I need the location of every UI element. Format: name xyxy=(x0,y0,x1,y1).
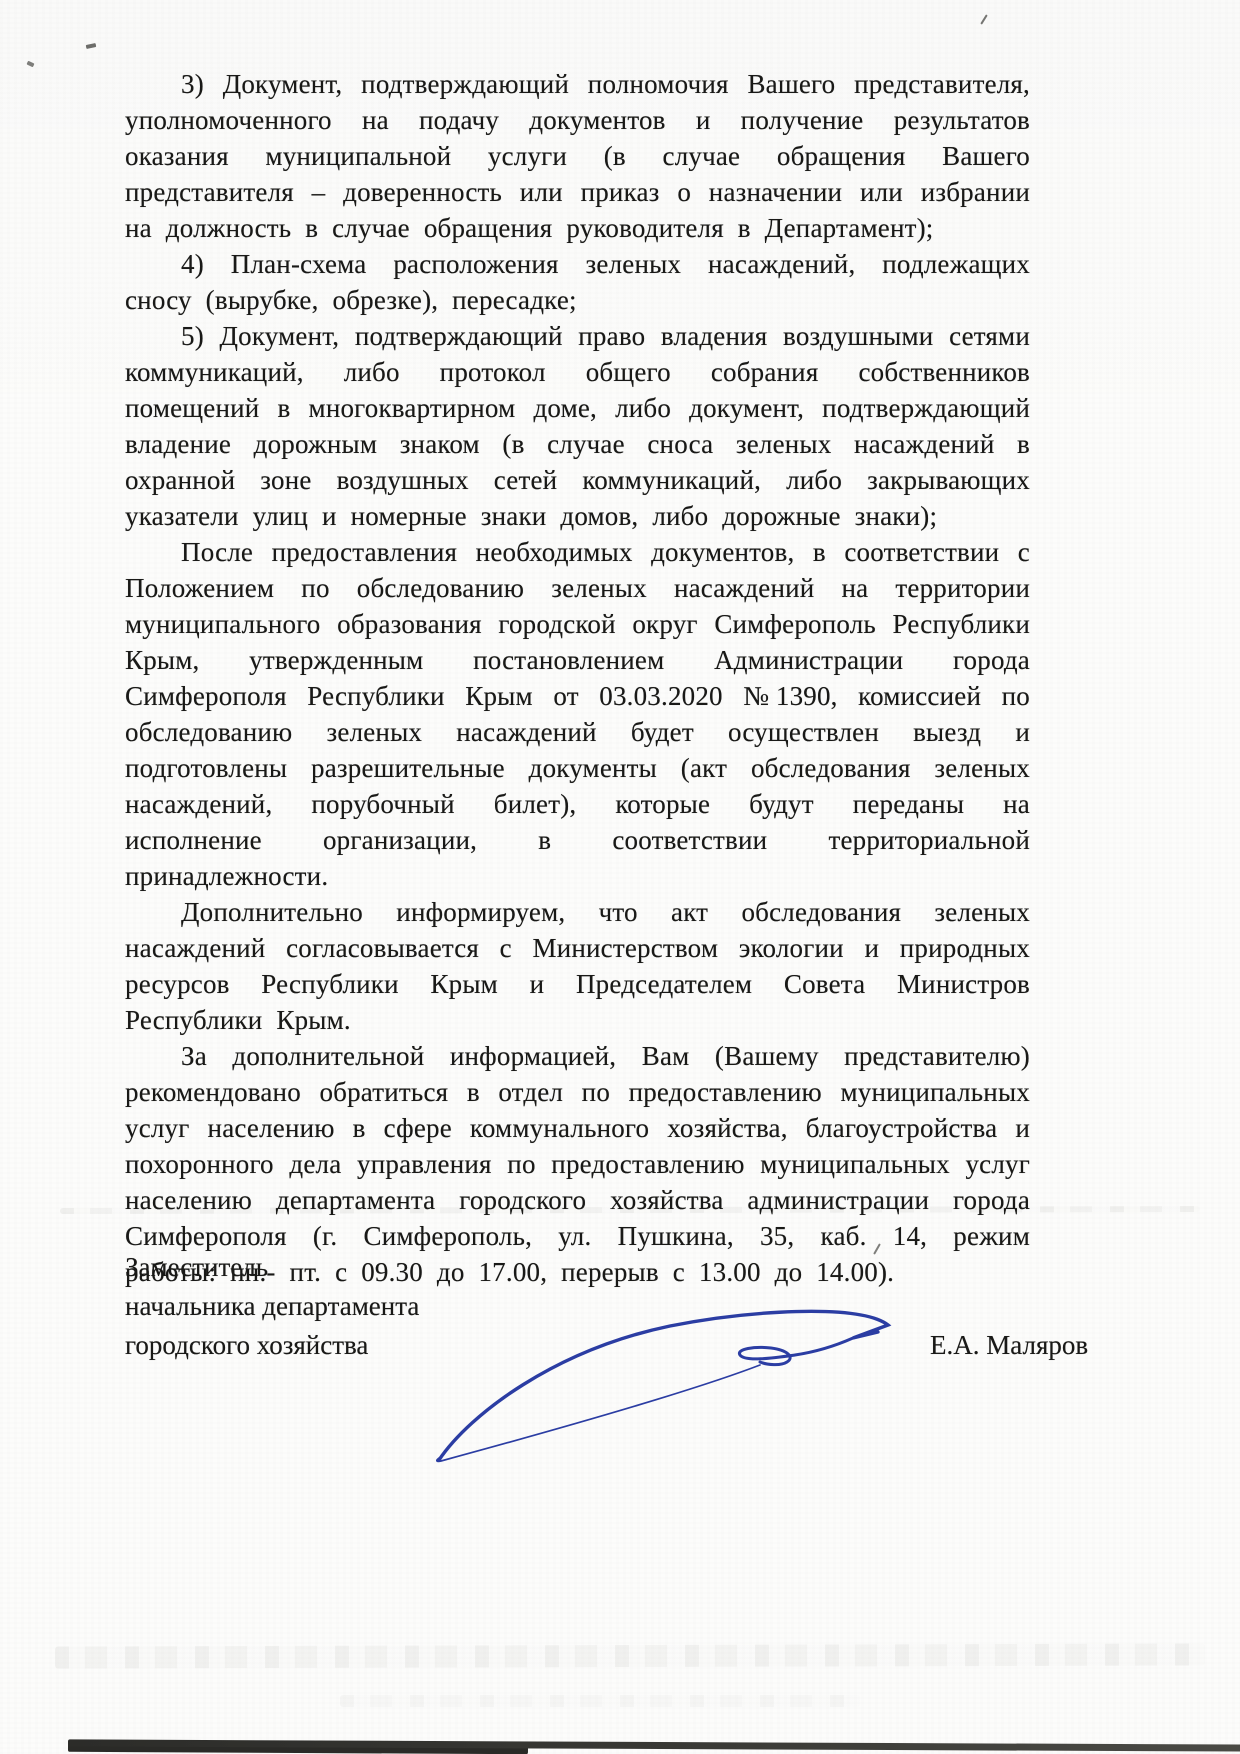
signer-title-line: Заместитель xyxy=(125,1248,1030,1287)
letter-paragraph-3: 3) Документ, подтверждающий полномочия В… xyxy=(125,66,1030,246)
letter-paragraph-posle: После предоставления необходимых докумен… xyxy=(125,534,1030,894)
signer-name: Е.А. Маляров xyxy=(930,1326,1088,1365)
scanned-letter-page: 3) Документ, подтверждающий полномочия В… xyxy=(0,0,1240,1754)
scan-speck xyxy=(26,61,34,68)
signer-title-line: городского хозяйства xyxy=(125,1326,1030,1365)
letter-paragraph-dopolnitelno: Дополнительно информируем, что акт обсле… xyxy=(125,894,1030,1038)
letter-paragraph-5: 5) Документ, подтверждающий право владен… xyxy=(125,318,1030,534)
scan-streak xyxy=(55,1643,1205,1668)
letter-paragraph-4: 4) План-схема расположения зеленых насаж… xyxy=(125,246,1030,318)
scan-speck xyxy=(86,43,97,49)
signer-title-line: начальника департамента xyxy=(125,1287,1030,1326)
scan-streak xyxy=(340,1695,860,1707)
scan-speck xyxy=(980,14,988,24)
letter-body: 3) Документ, подтверждающий полномочия В… xyxy=(125,66,1030,1290)
signature-block: Заместитель начальника департамента горо… xyxy=(125,1248,1030,1365)
